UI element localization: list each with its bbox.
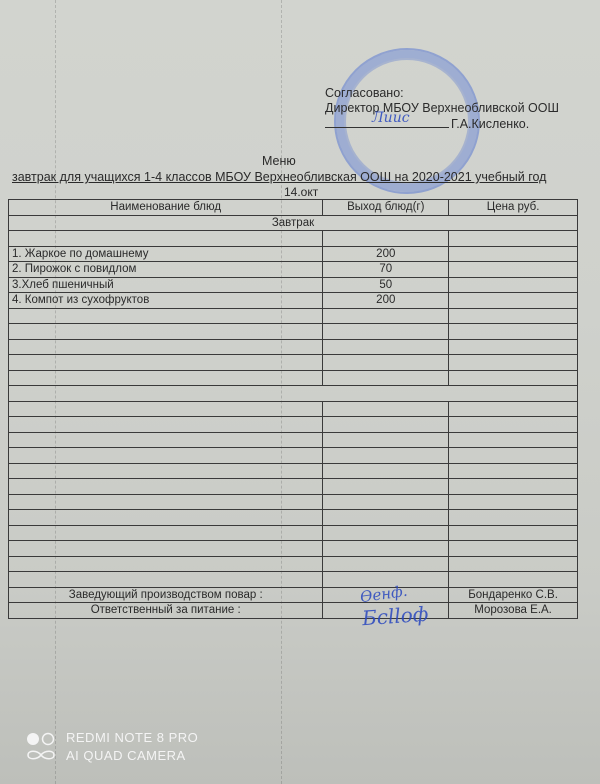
approval-block: Согласовано: Директор МБОУ Верхнеобливск…	[325, 86, 559, 132]
merged-empty-cell	[9, 386, 578, 402]
table-cell	[449, 231, 578, 247]
dish-yield: 50	[323, 277, 449, 293]
signature-row: Заведующий производством повар :Бондарен…	[9, 587, 578, 603]
dish-yield: 200	[323, 246, 449, 262]
table-cell	[323, 448, 449, 464]
table-cell	[449, 370, 578, 386]
table-cell	[9, 231, 323, 247]
signature-name: Морозова Е.А.	[449, 603, 578, 619]
table-cell	[449, 324, 578, 340]
dish-price	[449, 246, 578, 262]
empty-row	[9, 572, 578, 588]
table-row: 2. Пирожок с повидлом70	[9, 262, 578, 278]
table-cell	[9, 525, 323, 541]
signature-row: Ответственный за питание :Морозова Е.А.	[9, 603, 578, 619]
table-cell	[9, 355, 323, 371]
table-cell	[323, 401, 449, 417]
table-cell	[9, 401, 323, 417]
dish-price	[449, 262, 578, 278]
table-row: 1. Жаркое по домашнему200	[9, 246, 578, 262]
table-cell	[323, 231, 449, 247]
table-cell	[323, 370, 449, 386]
empty-row	[9, 463, 578, 479]
table-cell	[449, 417, 578, 433]
table-cell	[449, 541, 578, 557]
watermark-camera: AI QUAD CAMERA	[66, 747, 198, 765]
empty-row	[9, 324, 578, 340]
table-cell	[323, 556, 449, 572]
table-cell	[323, 417, 449, 433]
empty-row	[9, 401, 578, 417]
table-cell	[449, 525, 578, 541]
table-cell	[9, 448, 323, 464]
approval-signature-line: Г.А.Кисленко.	[325, 116, 559, 132]
table-cell	[323, 510, 449, 526]
table-cell	[9, 479, 323, 495]
table-cell	[9, 370, 323, 386]
empty-row	[9, 417, 578, 433]
approval-label: Согласовано:	[325, 86, 559, 101]
dish-yield: 70	[323, 262, 449, 278]
table-cell	[9, 339, 323, 355]
signature-role: Ответственный за питание :	[9, 603, 323, 619]
camera-watermark: REDMI NOTE 8 PRO AI QUAD CAMERA	[66, 729, 198, 765]
table-cell	[323, 432, 449, 448]
empty-row	[9, 308, 578, 324]
signature-role: Заведующий производством повар :	[9, 587, 323, 603]
empty-row	[9, 525, 578, 541]
empty-row	[9, 432, 578, 448]
empty-row	[9, 448, 578, 464]
table-cell	[449, 432, 578, 448]
table-cell	[449, 339, 578, 355]
table-header-row: Наименование блюдВыход блюд(г)Цена руб.	[9, 200, 578, 216]
dish-name: 3.Хлеб пшеничный	[9, 277, 323, 293]
table-cell	[9, 324, 323, 340]
empty-row	[9, 556, 578, 572]
empty-row	[9, 370, 578, 386]
dish-name: 4. Компот из сухофруктов	[9, 293, 323, 309]
table-cell	[449, 355, 578, 371]
header-yield: Выход блюд(г)	[323, 200, 449, 216]
responsible-signature: Бclloф	[361, 602, 429, 631]
table-row: 4. Компот из сухофруктов200	[9, 293, 578, 309]
header-price: Цена руб.	[449, 200, 578, 216]
dish-yield: 200	[323, 293, 449, 309]
menu-subtitle: завтрак для учащихся 1-4 классов МБОУ Ве…	[12, 170, 546, 184]
table-cell	[449, 510, 578, 526]
header-dish-name: Наименование блюд	[9, 200, 323, 216]
table-cell	[449, 463, 578, 479]
table-cell	[323, 541, 449, 557]
table-cell	[449, 572, 578, 588]
table-cell	[323, 479, 449, 495]
table-cell	[323, 494, 449, 510]
table-cell	[323, 308, 449, 324]
table-cell	[323, 355, 449, 371]
empty-row	[9, 510, 578, 526]
table-cell	[9, 510, 323, 526]
table-cell	[323, 525, 449, 541]
section-title: Завтрак	[9, 215, 578, 231]
empty-row	[9, 541, 578, 557]
director-signature: Лиис	[372, 110, 410, 126]
table-cell	[449, 479, 578, 495]
table-cell	[9, 494, 323, 510]
table-cell	[449, 448, 578, 464]
empty-row	[9, 386, 578, 402]
table-cell	[323, 324, 449, 340]
table-cell	[323, 339, 449, 355]
dish-name: 2. Пирожок с повидлом	[9, 262, 323, 278]
empty-row	[9, 231, 578, 247]
empty-row	[9, 494, 578, 510]
camera-lens-icon	[26, 731, 56, 763]
watermark-model: REDMI NOTE 8 PRO	[66, 729, 198, 747]
table-cell	[9, 463, 323, 479]
table-cell	[449, 494, 578, 510]
table-cell	[9, 308, 323, 324]
table-cell	[449, 308, 578, 324]
table-cell	[323, 463, 449, 479]
table-cell	[9, 417, 323, 433]
table-row: 3.Хлеб пшеничный50	[9, 277, 578, 293]
menu-table: Наименование блюдВыход блюд(г)Цена руб.З…	[8, 199, 578, 619]
table-cell	[9, 572, 323, 588]
table-cell	[449, 556, 578, 572]
dish-name: 1. Жаркое по домашнему	[9, 246, 323, 262]
signature-name: Бондаренко С.В.	[449, 587, 578, 603]
dish-price	[449, 277, 578, 293]
table-cell	[9, 541, 323, 557]
table-cell	[9, 556, 323, 572]
menu-date: 14.окт	[284, 185, 318, 199]
empty-row	[9, 339, 578, 355]
menu-title: Меню	[262, 154, 296, 168]
approval-signatory: Г.А.Кисленко.	[451, 117, 529, 131]
section-row: Завтрак	[9, 215, 578, 231]
approval-director: Директор МБОУ Верхнеобливской ООШ	[325, 101, 559, 116]
empty-row	[9, 479, 578, 495]
table-cell	[9, 432, 323, 448]
table-cell	[449, 401, 578, 417]
dish-price	[449, 293, 578, 309]
empty-row	[9, 355, 578, 371]
